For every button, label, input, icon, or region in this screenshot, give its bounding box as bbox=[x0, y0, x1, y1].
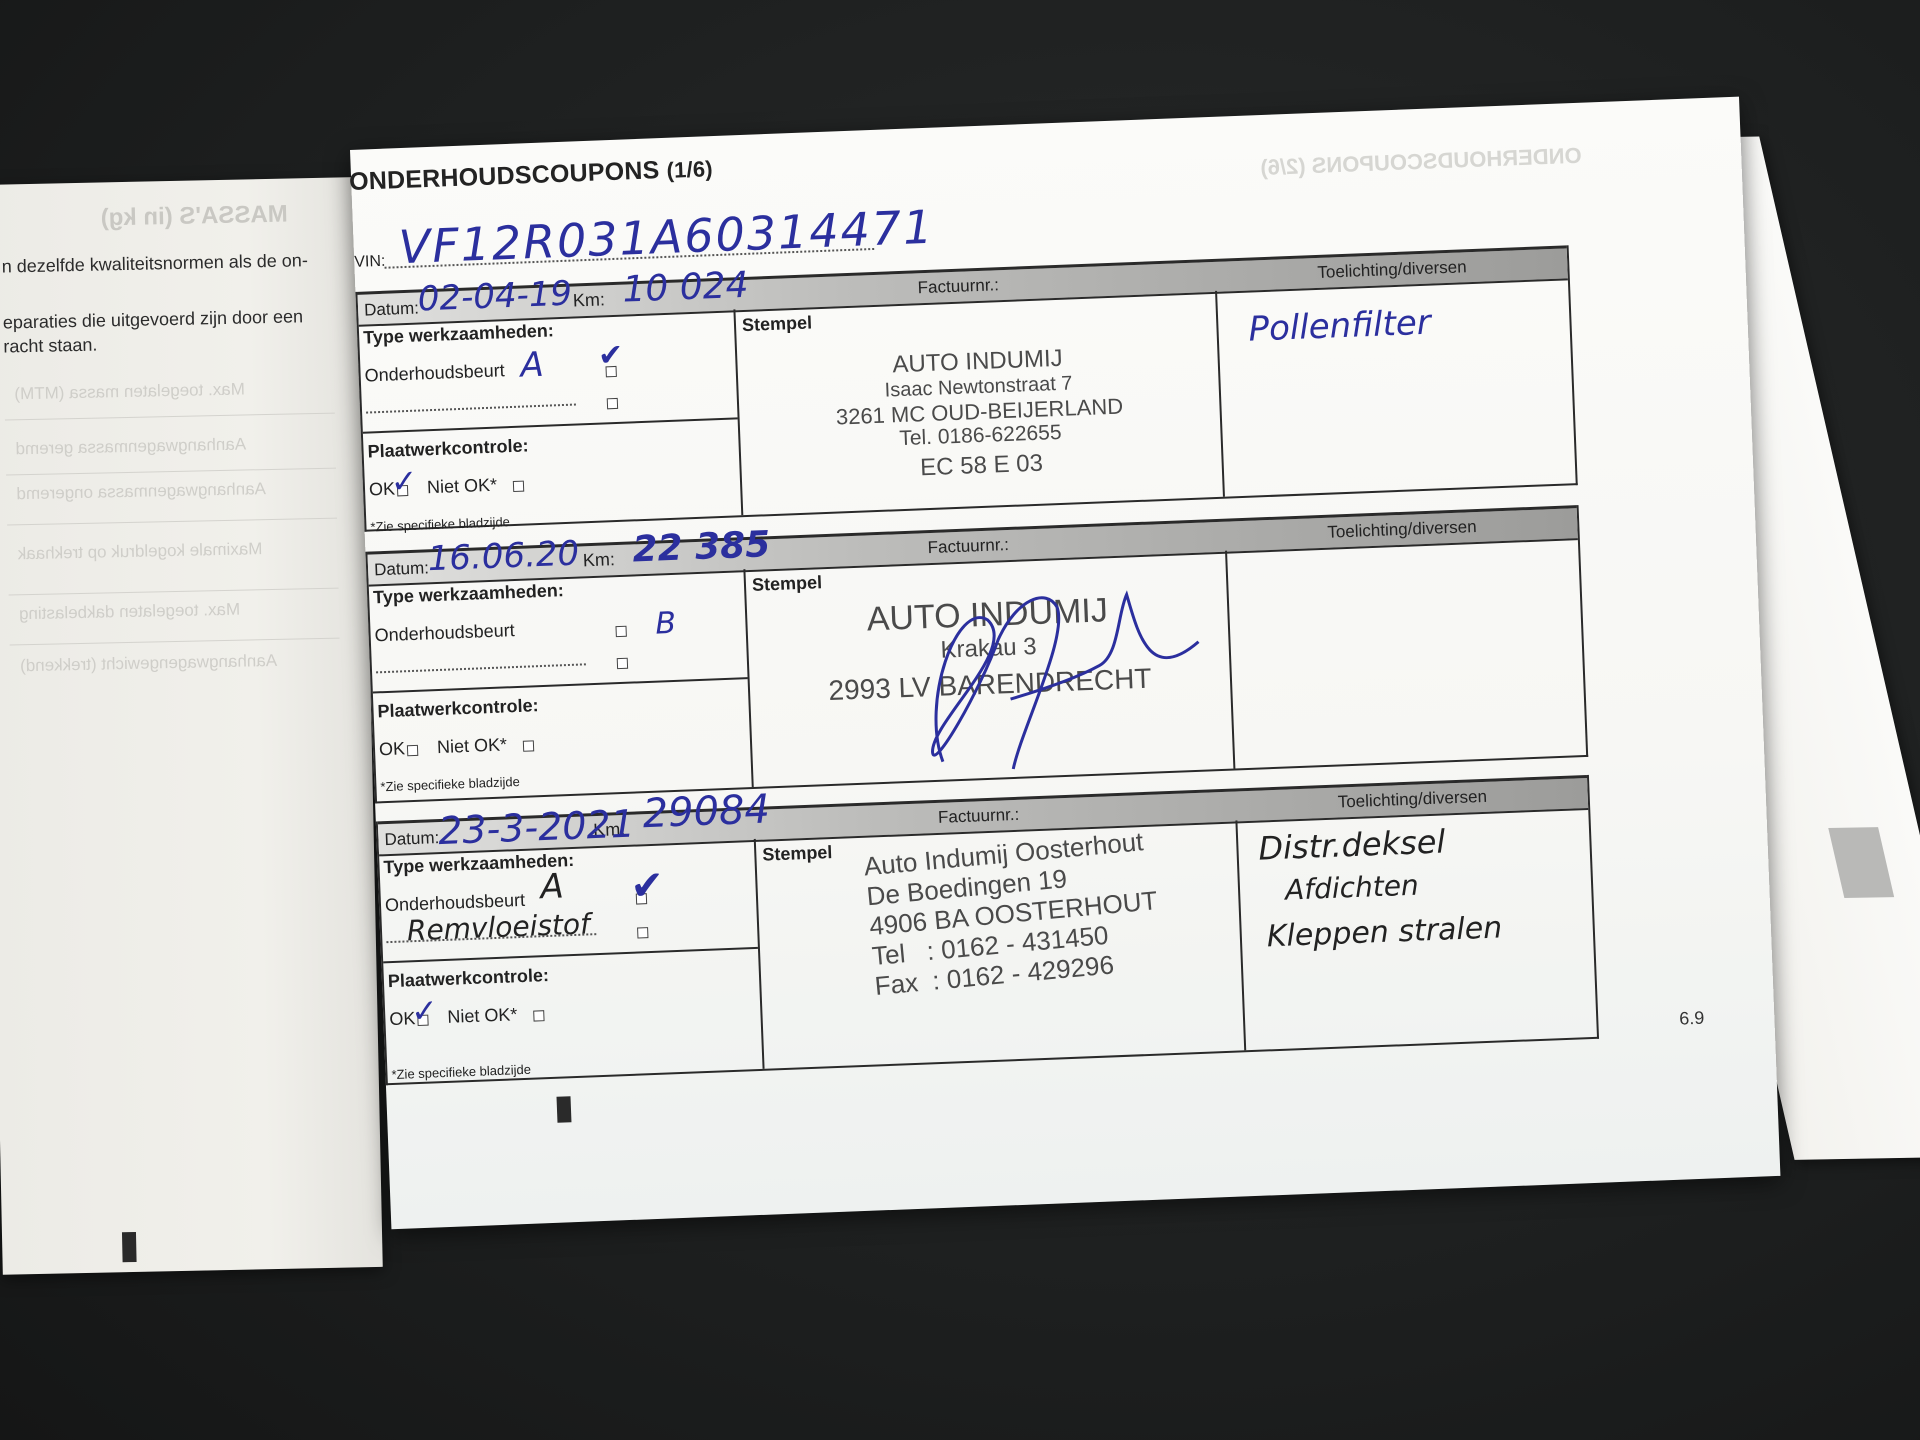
service-type-value: A bbox=[540, 866, 565, 907]
km-label: Km: bbox=[573, 289, 606, 311]
vin-field[interactable]: VIN: VF12R031A60314471 bbox=[353, 202, 875, 282]
coupon-1: Datum: Km: Factuurnr.: Toelichting/diver… bbox=[355, 245, 1577, 531]
ghost-row-2: Aanhangwagenmassa geremd bbox=[15, 434, 246, 459]
work-type-column: Type werkzaamheden: Onderhoudsbeurt A ✔ … bbox=[359, 309, 744, 529]
ok-option: OK bbox=[379, 738, 406, 760]
ghost-header-bleedthrough: ONDERHOUDSCOUPONS (2/6) bbox=[1259, 143, 1581, 181]
page-tab-marker bbox=[556, 1096, 571, 1123]
work-type-column: Type werkzaamheden: Onderhoudsbeurt B Pl… bbox=[369, 569, 754, 801]
coupon-3: Datum: Km: Factuurnr.: Toelichting/diver… bbox=[376, 775, 1599, 1085]
footnote-label: *Zie specifieke bladzijde bbox=[380, 774, 520, 794]
ghost-row-3: Aanhangwagenmassa ongeremd bbox=[16, 479, 266, 504]
toelichting-label: Toelichting/diversen bbox=[1337, 787, 1487, 813]
ghost-row-1: Max. toegelaten massa (MTM) bbox=[14, 380, 245, 405]
datum-value[interactable]: 16.06.20 bbox=[427, 534, 580, 580]
note-line: Kleppen stralen bbox=[1266, 910, 1503, 954]
extra-work-dotted-line bbox=[366, 404, 576, 414]
datum-label: Datum: bbox=[374, 558, 430, 580]
divider bbox=[383, 947, 758, 963]
ghost-divider bbox=[5, 413, 335, 421]
extra-work-checkbox[interactable] bbox=[607, 398, 618, 409]
notes-column[interactable] bbox=[1227, 537, 1586, 768]
niet-ok-checkbox[interactable] bbox=[523, 740, 534, 751]
divider bbox=[373, 677, 748, 693]
km-label: Km: bbox=[583, 549, 616, 571]
niet-ok-label: Niet OK* bbox=[427, 475, 498, 499]
dealer-stamp: AUTO INDUMIJ Isaac Newtonstraat 7 3261 M… bbox=[737, 339, 1222, 489]
ghost-divider bbox=[9, 588, 339, 596]
ok-checkbox[interactable] bbox=[407, 745, 418, 756]
toelichting-label: Toelichting/diversen bbox=[1317, 257, 1467, 283]
extra-work-dotted-line bbox=[376, 663, 586, 673]
work-type-column: Type werkzaamheden: Onderhoudsbeurt A ✔ … bbox=[379, 839, 765, 1083]
plaatwerkcontrole-label: Plaatwerkcontrole: bbox=[367, 435, 529, 462]
stempel-label: Stempel bbox=[742, 312, 813, 336]
page-number: 6.9 bbox=[1679, 1008, 1705, 1030]
note-line: Afdichten bbox=[1284, 869, 1419, 907]
stamp-column: Stempel Auto Indumij Oosterhout De Boedi… bbox=[756, 820, 1246, 1068]
check-mark-icon: ✓ bbox=[390, 462, 418, 501]
left-page-text-line-1: n dezelfde kwaliteitsnormen als de on- bbox=[1, 247, 341, 278]
check-mark-icon: ✔ bbox=[630, 863, 665, 910]
datum-value[interactable]: 02-04-19 bbox=[417, 274, 573, 320]
divider bbox=[363, 417, 738, 433]
niet-ok-checkbox[interactable] bbox=[533, 1010, 544, 1021]
ghost-row-4: Maximale kogeldruk op trekhaak bbox=[18, 539, 263, 564]
dealer-stamp: Auto Indumij Oosterhout De Boedingen 19 … bbox=[863, 819, 1245, 1001]
onderhoudsbeurt-checkbox[interactable] bbox=[615, 626, 626, 637]
footnote-label: *Zie specifieke bladzijde bbox=[370, 514, 510, 534]
ghost-divider bbox=[6, 468, 336, 476]
notes-column[interactable]: Distr.deksel Afdichten Kleppen stralen bbox=[1237, 807, 1597, 1050]
check-mark-icon: ✔ bbox=[597, 338, 623, 374]
datum-label: Datum: bbox=[364, 298, 420, 320]
left-facing-page: MASSA'S (in kg) n dezelfde kwaliteitsnor… bbox=[0, 177, 383, 1275]
footnote-label: *Zie specifieke bladzijde bbox=[391, 1062, 531, 1082]
type-werkzaamheden-label: Type werkzaamheden: bbox=[373, 580, 564, 608]
page-title: ONDERHOUDSCOUPONS (1/6) bbox=[349, 154, 714, 197]
service-type-value: A bbox=[520, 345, 545, 386]
extra-work-value: Remvloeistof bbox=[406, 907, 590, 947]
extra-work-checkbox[interactable] bbox=[617, 658, 628, 669]
check-mark-icon: ✓ bbox=[410, 991, 438, 1030]
plaatwerkcontrole-label: Plaatwerkcontrole: bbox=[388, 965, 550, 992]
section-tab bbox=[1828, 827, 1894, 898]
notes-column[interactable]: Pollenfilter bbox=[1217, 277, 1576, 496]
km-value[interactable]: 29084 bbox=[642, 786, 771, 837]
ghost-row-6: Aanhangwagengewicht (trekkend) bbox=[20, 651, 277, 676]
datum-label: Datum: bbox=[384, 828, 440, 850]
toelichting-label: Toelichting/diversen bbox=[1327, 517, 1477, 543]
plaatwerkcontrole-label: Plaatwerkcontrole: bbox=[377, 695, 539, 722]
ghost-row-5: Max. toegelaten dakbelasting bbox=[19, 600, 241, 625]
ghost-title-bleedthrough: MASSA'S (in kg) bbox=[100, 201, 288, 233]
niet-ok-label: Niet OK* bbox=[437, 734, 508, 758]
service-type-value: B bbox=[655, 606, 677, 642]
ghost-divider bbox=[10, 638, 340, 646]
stamp-column: Stempel AUTO INDUMIJ Isaac Newtonstraat … bbox=[735, 291, 1225, 515]
vin-value: VF12R031A60314471 bbox=[398, 200, 936, 275]
factuurnr-label: Factuurnr.: bbox=[917, 275, 999, 298]
stamp-column: Stempel AUTO INDUMIJ Krakau 3 2993 LV BA… bbox=[745, 551, 1235, 787]
niet-ok-label: Niet OK* bbox=[447, 1004, 518, 1028]
vin-label: VIN: bbox=[354, 253, 386, 272]
coupon-2: Datum: Km: Factuurnr.: Toelichting/diver… bbox=[365, 505, 1588, 803]
km-value[interactable]: 10 024 bbox=[622, 265, 749, 311]
stempel-label: Stempel bbox=[752, 572, 823, 596]
page-title-count: (1/6) bbox=[666, 156, 713, 183]
factuurnr-label: Factuurnr.: bbox=[927, 535, 1009, 558]
niet-ok-checkbox[interactable] bbox=[513, 481, 524, 492]
stempel-label: Stempel bbox=[762, 842, 833, 866]
signature-icon bbox=[866, 570, 1253, 784]
ghost-divider bbox=[7, 518, 337, 526]
onderhoudsbeurt-label: Onderhoudsbeurt bbox=[364, 360, 505, 386]
factuurnr-label: Factuurnr.: bbox=[938, 805, 1020, 828]
km-value[interactable]: 22 385 bbox=[632, 524, 771, 570]
maintenance-coupon-page: ONDERHOUDSCOUPONS (1/6) ONDERHOUDSCOUPON… bbox=[350, 97, 1780, 1230]
page-tab-marker bbox=[122, 1232, 137, 1262]
note-line: Distr.deksel bbox=[1258, 822, 1446, 867]
onderhoudsbeurt-label: Onderhoudsbeurt bbox=[374, 620, 515, 646]
extra-work-checkbox[interactable] bbox=[637, 927, 648, 938]
note-line: Pollenfilter bbox=[1248, 303, 1432, 350]
